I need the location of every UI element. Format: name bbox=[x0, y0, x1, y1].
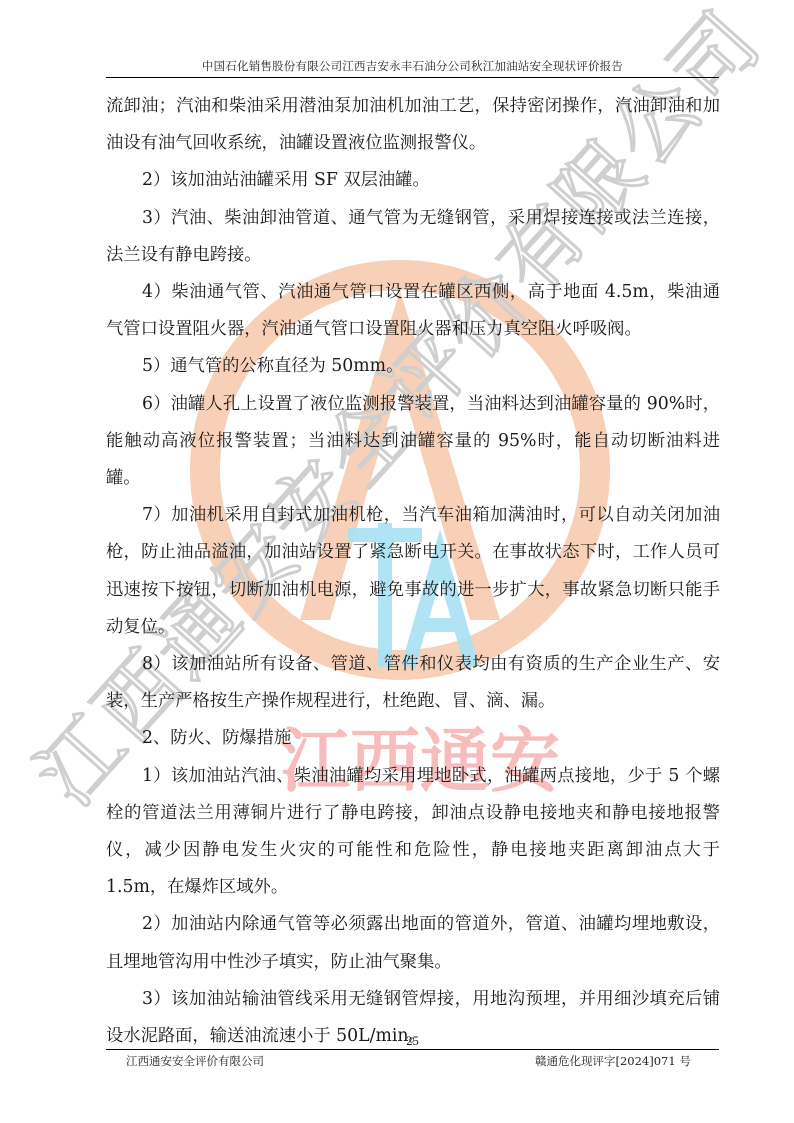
page-number: 25 bbox=[106, 1034, 719, 1049]
paragraph: 流卸油；汽油和柴油采用潜油泵加油机加油工艺，保持密闭操作，汽油卸油和加油设有油气… bbox=[106, 88, 720, 162]
paragraph: 8）该加油站所有设备、管道、管件和仪表均由有资质的生产企业生产、安装，生产严格按… bbox=[106, 646, 720, 720]
document-page: 江西通安安全评价有限公司 江西通安 中国石化销售股份有限公司江西吉安永丰石油分公… bbox=[0, 0, 794, 1123]
paragraph: 5）通气管的公称直径为 50mm。 bbox=[106, 348, 720, 385]
header-divider bbox=[106, 77, 719, 78]
footer-company: 江西通安安全评价有限公司 bbox=[126, 1053, 264, 1069]
section-heading: 2、防火、防爆措施 bbox=[106, 720, 720, 757]
footer-document-number: 赣通危化现评字[2024]071 号 bbox=[535, 1053, 691, 1069]
paragraph: 3）汽油、柴油卸油管道、通气管为无缝钢管，采用焊接连接或法兰连接，法兰设有静电跨… bbox=[106, 200, 720, 274]
paragraph: 2）加油站内除通气管等必须露出地面的管道外，管道、油罐均埋地敷设，且埋地管沟用中… bbox=[106, 906, 720, 980]
paragraph: 1）该加油站汽油、柴油油罐均采用埋地卧式，油罐两点接地，少于 5 个螺栓的管道法… bbox=[106, 758, 720, 907]
paragraph: 7）加油机采用自封式加油机枪，当汽车油箱加满油时，可以自动关闭加油枪，防止油品溢… bbox=[106, 497, 720, 646]
paragraph: 2）该加油站油罐采用 SF 双层油罐。 bbox=[106, 162, 720, 199]
running-header: 中国石化销售股份有限公司江西吉安永丰石油分公司秋江加油站安全现状评价报告 bbox=[106, 58, 719, 74]
document-body: 流卸油；汽油和柴油采用潜油泵加油机加油工艺，保持密闭操作，汽油卸油和加油设有油气… bbox=[106, 88, 720, 1055]
paragraph: 6）油罐人孔上设置了液位监测报警装置，当油料达到油罐容量的 90%时，能触动高液… bbox=[106, 386, 720, 498]
footer-divider bbox=[106, 1049, 719, 1050]
paragraph: 4）柴油通气管、汽油通气管口设置在罐区西侧，高于地面 4.5m，柴油通气管口设置… bbox=[106, 274, 720, 348]
